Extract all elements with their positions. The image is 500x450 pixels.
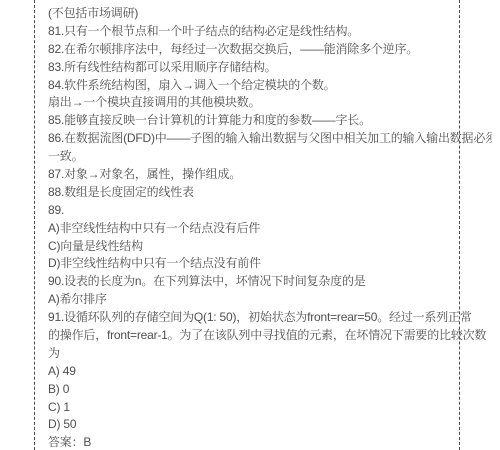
- text-line: 91.设循环队列的存储空间为Q(1: 50)，初始状态为front=rear=5…: [48, 309, 492, 327]
- text-line: C) 1: [48, 399, 492, 417]
- text-column: (不包括市场调研) 81.只有一个根节点和一个叶子结点的结构必定是线性结构。 8…: [48, 5, 492, 450]
- text-line: 86.在数据流图(DFD)中——子图的输入输出数据与父图中相关加工的输入输出数据…: [48, 130, 492, 148]
- text-line: 扇出→一个模块直接调用的其他模块数。: [48, 94, 492, 112]
- text-line: D) 50: [48, 416, 492, 434]
- text-line: D)非空线性结构中只有一个结点没有前件: [48, 255, 492, 273]
- text-line: 81.只有一个根节点和一个叶子结点的结构必定是线性结构。: [48, 23, 492, 41]
- text-line: 84.软件系统结构图，扇入→调入一个给定模块的个数。: [48, 77, 492, 95]
- text-line: 85.能够直接反映一台计算机的计算能力和度的参数——字长。: [48, 112, 492, 130]
- text-line: A)希尔排序: [48, 291, 492, 309]
- page-boundary-left: [34, 0, 35, 450]
- text-line: 90.设表的长度为n。在下列算法中，坏情况下时间复杂度的是: [48, 273, 492, 291]
- text-line: C)向量是线性结构: [48, 238, 492, 256]
- document-page: (不包括市场调研) 81.只有一个根节点和一个叶子结点的结构必定是线性结构。 8…: [0, 0, 500, 450]
- text-line: A)非空线性结构中只有一个结点没有后件: [48, 220, 492, 238]
- text-line: A) 49: [48, 363, 492, 381]
- text-line: 的操作后，front=rear-1。为了在该队列中寻找值的元素，在坏情况下需要的…: [48, 327, 492, 345]
- text-line: 为: [48, 345, 492, 363]
- text-line: 89.: [48, 202, 492, 220]
- text-line: 87.对象→对象名，属性，操作组成。: [48, 166, 492, 184]
- text-line: 答案：B: [48, 434, 492, 450]
- text-line: (不包括市场调研): [48, 5, 492, 23]
- text-line: 83.所有线性结构都可以采用顺序存储结构。: [48, 59, 492, 77]
- text-line: B) 0: [48, 381, 492, 399]
- text-line: 88.数组是长度固定的线性表: [48, 184, 492, 202]
- text-line: 一致。: [48, 148, 492, 166]
- text-line: 82.在希尔顿排序法中，每经过一次数据交换后，——能消除多个逆序。: [48, 41, 492, 59]
